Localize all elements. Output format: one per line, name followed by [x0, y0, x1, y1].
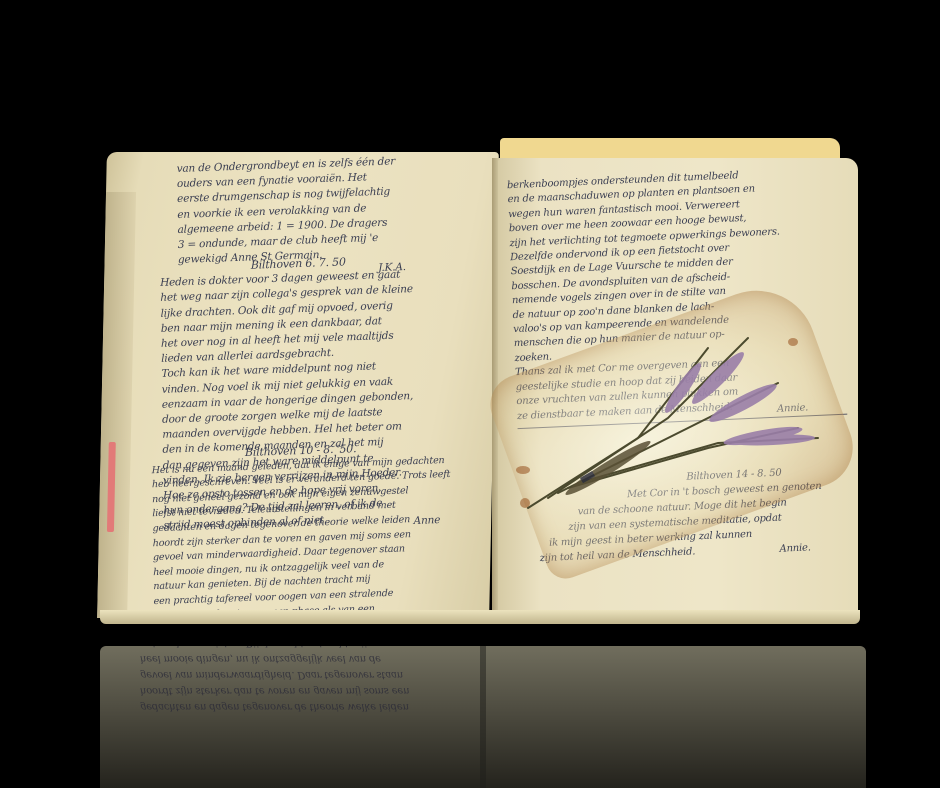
open-diary: van de Ondergrondbeyt en is zelfs één de… [98, 138, 862, 628]
pressed-heather-sprig [518, 328, 838, 528]
table-reflection: gedachten en dagen tegenover de theorie … [100, 646, 866, 788]
text-line: gevoel van minderwaardigheid. Daar tegen… [140, 666, 409, 682]
left-page: van de Ondergrondbeyt en is zelfs één de… [97, 152, 499, 618]
left-entry-3: Bilthoven 10 - 8. '50. Het is nu een maa… [151, 439, 452, 618]
reflection-fold [480, 646, 486, 788]
text-line: gedachten en dagen tegenover de theorie … [140, 698, 409, 714]
text-line: hoordt zijn sterker dan te voren en gave… [140, 682, 409, 698]
page-edges [97, 192, 136, 618]
page-block-bottom [100, 610, 860, 624]
photo-scene: van de Ondergrondbeyt en is zelfs één de… [0, 0, 940, 788]
text-line: heel mooie dingen, nu ik ontzaggelijk ve… [140, 650, 409, 666]
reflected-text: gedachten en dagen tegenover de theorie … [140, 646, 409, 714]
